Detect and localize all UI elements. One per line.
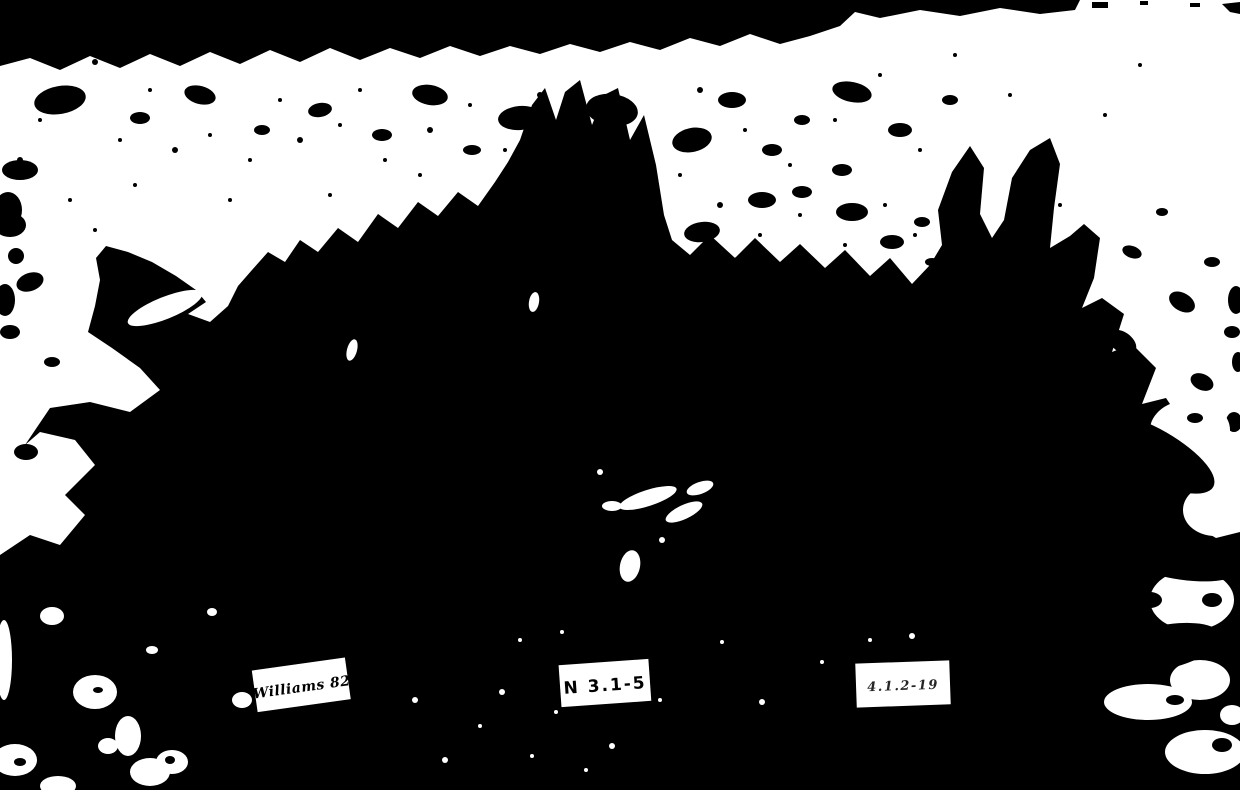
plant-tag-right: 4.1.2-19 [855, 660, 950, 707]
plant-tag-center: N 3.1-5 [559, 659, 652, 707]
bottom-margin [0, 792, 1240, 800]
tag-text-right: 4.1.2-19 [867, 678, 939, 695]
figure-photo: Williams 82 N 3.1-5 4.1.2-19 [0, 0, 1240, 800]
binarized-plant-photo: Williams 82 N 3.1-5 4.1.2-19 [0, 0, 1240, 800]
